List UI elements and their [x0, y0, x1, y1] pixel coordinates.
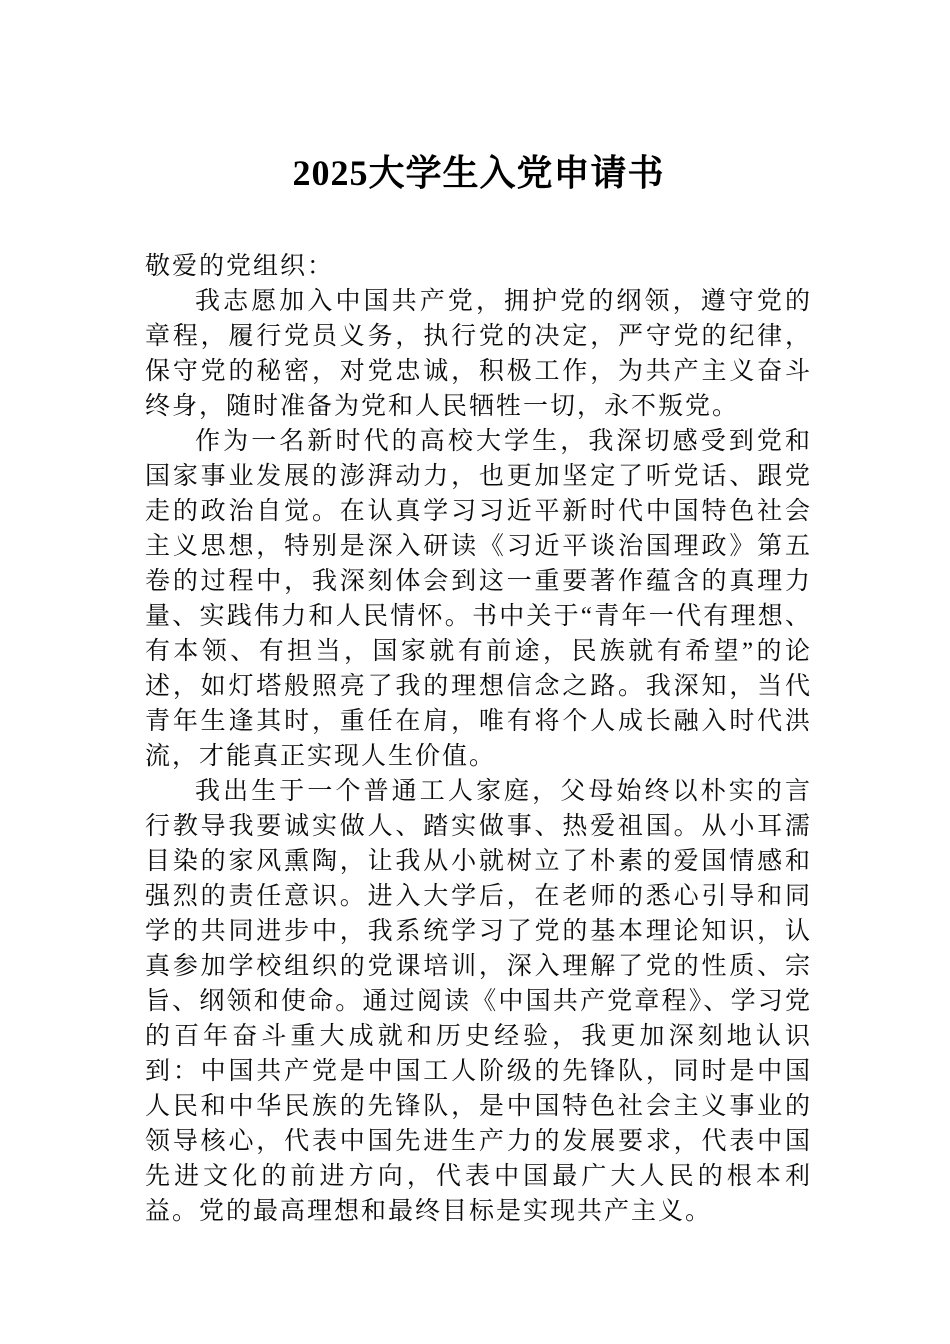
salutation: 敬爱的党组织：	[145, 249, 812, 284]
paragraph-oath: 我志愿加入中国共产党，拥护党的纲领，遵守党的章程，履行党员义务，执行党的决定，严…	[145, 284, 812, 424]
paragraph-family-and-study: 我出生于一个普通工人家庭，父母始终以朴实的言行教导我要诚实做人、踏实做事、热爱祖…	[145, 774, 812, 1229]
document-body: 敬爱的党组织： 我志愿加入中国共产党，拥护党的纲领，遵守党的章程，履行党员义务，…	[145, 249, 812, 1229]
document-page: 2025大学生入党申请书 敬爱的党组织： 我志愿加入中国共产党，拥护党的纲领，遵…	[0, 0, 950, 1344]
paragraph-ideological-understanding: 作为一名新时代的高校大学生，我深切感受到党和国家事业发展的澎湃动力，也更加坚定了…	[145, 424, 812, 774]
document-title: 2025大学生入党申请书	[145, 150, 812, 197]
